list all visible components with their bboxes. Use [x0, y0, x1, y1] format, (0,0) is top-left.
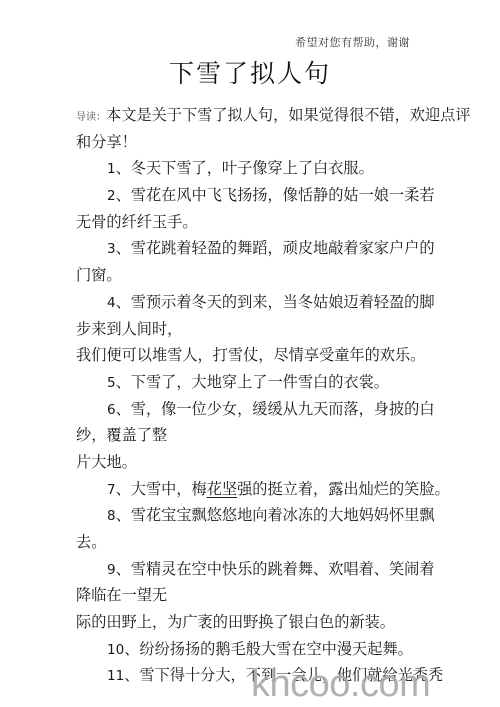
sentence-item-4-cont: 步来到人间时，	[76, 316, 436, 343]
site-watermark: khcoo.com	[251, 665, 430, 703]
header-note: 希望对您有帮助，谢谢	[295, 34, 410, 50]
sentence-item-1: 1、冬天下雪了，叶子像穿上了白衣服。	[76, 155, 436, 182]
sentence-item-8: 8、雪花宝宝飘悠悠地向着冰冻的大地妈妈怀里飘	[76, 502, 436, 529]
lead-text: 本文是关于下雪了拟人句，如果觉得很不错，欢迎点评	[106, 106, 471, 124]
lead-paragraph-cont: 和分享！	[76, 129, 436, 156]
sentence-item-3-cont: 门窗。	[76, 262, 436, 289]
lead-paragraph: 导读：本文是关于下雪了拟人句，如果觉得很不错，欢迎点评	[76, 102, 436, 129]
sentence-item-5: 5、下雪了，大地穿上了一件雪白的衣裳。	[76, 369, 436, 396]
sentence-item-9-cont: 降临在一望无	[76, 582, 436, 609]
sentence-item-2: 2、雪花在风中飞飞扬扬，像恬静的姑一娘一柔若	[76, 182, 436, 209]
document-title: 下雪了拟人句	[0, 54, 500, 90]
sentence-item-4: 4、雪预示着冬天的到来，当冬姑娘迈着轻盈的脚	[76, 289, 436, 316]
sentence-item-7: 7、大雪中，梅花坚强的挺立着，露出灿烂的笑脸。	[76, 476, 436, 503]
underlined-text: 花坚	[207, 480, 237, 498]
sentence-item-9-cont2: 际的田野上，为广袤的田野换了银白色的新装。	[76, 609, 436, 636]
sentence-item-2-cont: 无骨的纤纤玉手。	[76, 209, 436, 236]
sentence-item-9: 9、雪精灵在空中快乐的跳着舞、欢唱着、笑闹着	[76, 556, 436, 583]
sentence-item-6: 6、雪，像一位少女，缓缓从九天而落，身披的白	[76, 396, 436, 423]
sentence-item-8-cont: 去。	[76, 529, 436, 556]
lead-label: 导读：	[76, 112, 106, 123]
sentence-item-6-cont: 纱，覆盖了整	[76, 422, 436, 449]
document-page: 希望对您有帮助，谢谢 下雪了拟人句 导读：本文是关于下雪了拟人句，如果觉得很不错…	[0, 0, 500, 707]
sentence-item-4-cont2: 我们便可以堆雪人，打雪仗，尽情享受童年的欢乐。	[76, 342, 436, 369]
sentence-item-6-cont2: 片大地。	[76, 449, 436, 476]
document-body: 导读：本文是关于下雪了拟人句，如果觉得很不错，欢迎点评 和分享！ 1、冬天下雪了…	[76, 102, 436, 689]
sentence-item-10: 10、纷纷扬扬的鹅毛般大雪在空中漫天起舞。	[76, 636, 436, 663]
sentence-item-3: 3、雪花跳着轻盈的舞蹈，顽皮地敲着家家户户的	[76, 235, 436, 262]
